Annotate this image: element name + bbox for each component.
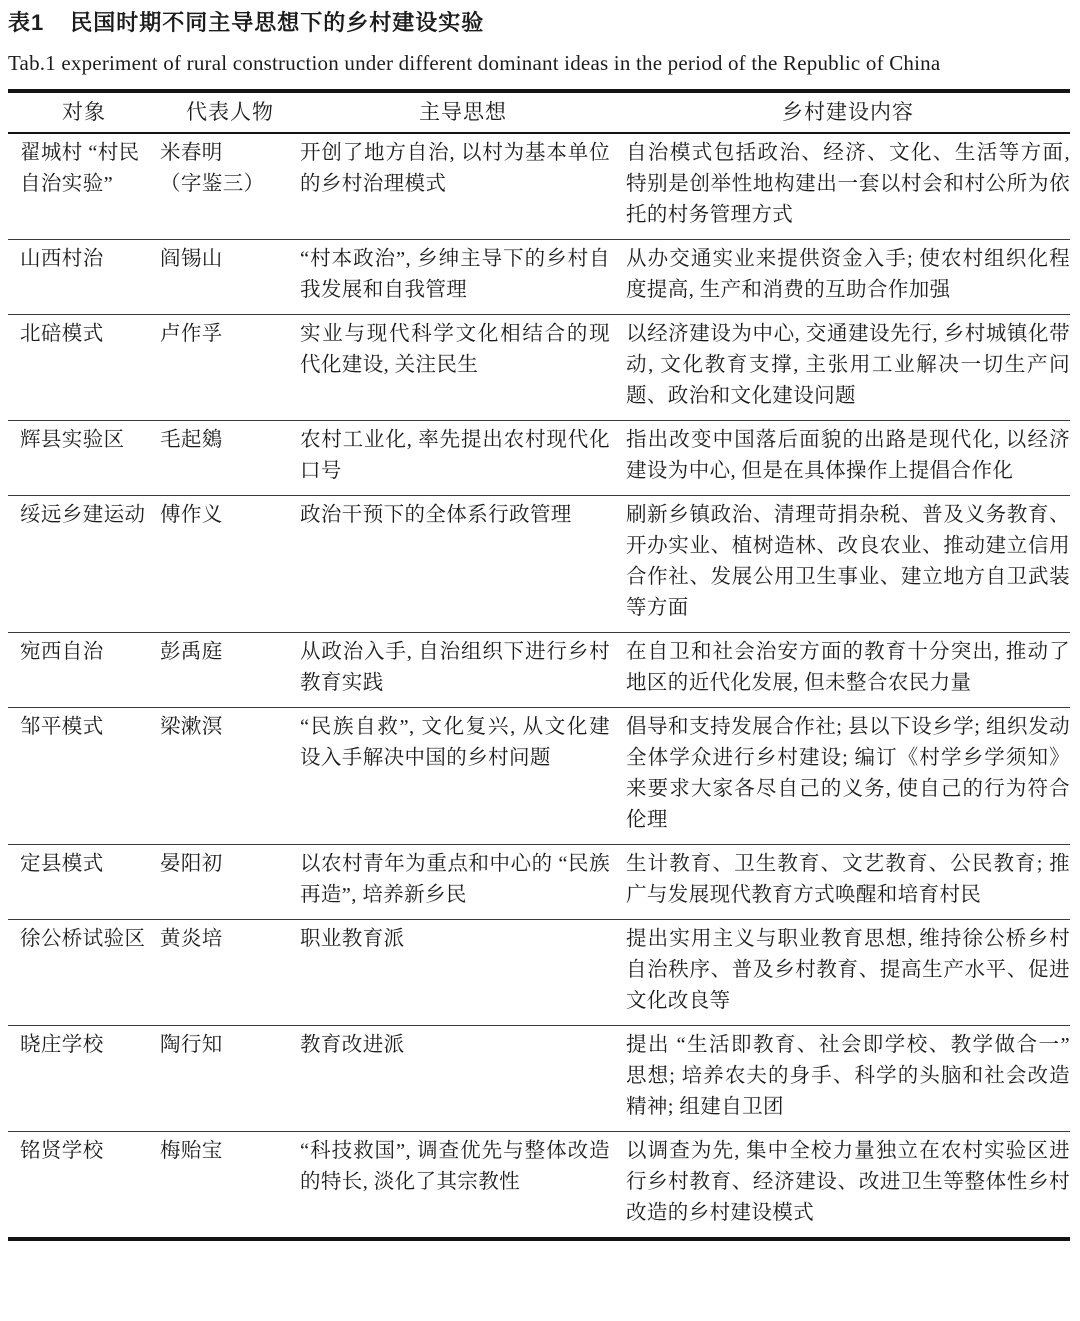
figure-name: 阎锡山 — [160, 248, 223, 270]
cell-content: 自治模式包括政治、经济、文化、生活等方面, 特别是创举性地构建出一套以村会和村公… — [626, 133, 1070, 240]
table-row: 晓庄学校 陶行知 教育改进派 提出 “生活即教育、社会即学校、教学做合一” 思想… — [8, 1026, 1070, 1132]
cell-figure: 毛起鵕 — [160, 421, 300, 496]
object-label: 宛西自治 — [20, 641, 104, 663]
cell-idea: 从政治入手, 自治组织下进行乡村教育实践 — [300, 633, 626, 708]
figure-note: （字鉴三） — [160, 169, 292, 200]
figure-name: 傅作义 — [160, 504, 223, 526]
column-header-content: 乡村建设内容 — [626, 91, 1070, 133]
table-row: 山西村治 阎锡山 “村本政治”, 乡绅主导下的乡村自我发展和自我管理 从办交通实… — [8, 240, 1070, 315]
table-caption-en: Tab.1 experiment of rural construction u… — [8, 50, 1070, 76]
cell-figure: 傅作义 — [160, 496, 300, 633]
column-header-idea: 主导思想 — [300, 91, 626, 133]
cell-content: 以调查为先, 集中全校力量独立在农村实验区进行乡村教育、经济建设、改进卫生等整体… — [626, 1132, 1070, 1240]
cell-figure: 梅贻宝 — [160, 1132, 300, 1240]
cell-object: 绥远乡建运动 — [8, 496, 160, 633]
object-label: 定县模式 — [20, 853, 104, 875]
cell-object: 辉县实验区 — [8, 421, 160, 496]
cell-content: 指出改变中国落后面貌的出路是现代化, 以经济建设为中心, 但是在具体操作上提倡合… — [626, 421, 1070, 496]
table-row: 徐公桥试验区 黄炎培 职业教育派 提出实用主义与职业教育思想, 维持徐公桥乡村自… — [8, 920, 1070, 1026]
experiments-table: 对象 代表人物 主导思想 乡村建设内容 翟城村 “村民自治实验” 米春明（字鉴三… — [8, 89, 1070, 1241]
table-label: 表1 — [8, 10, 44, 35]
column-header-figure: 代表人物 — [160, 91, 300, 133]
object-label: 辉县实验区 — [20, 429, 125, 451]
cell-idea: “村本政治”, 乡绅主导下的乡村自我发展和自我管理 — [300, 240, 626, 315]
cell-content: 倡导和支持发展合作社; 县以下设乡学; 组织发动全体学众进行乡村建设; 编订《村… — [626, 708, 1070, 845]
cell-object: 翟城村 “村民自治实验” — [8, 133, 160, 240]
table-caption-cn: 表1民国时期不同主导思想下的乡村建设实验 — [8, 8, 1070, 38]
figure-name: 陶行知 — [160, 1034, 223, 1056]
cell-figure: 晏阳初 — [160, 845, 300, 920]
object-label: 邹平模式 — [20, 716, 104, 738]
figure-name: 梅贻宝 — [160, 1140, 223, 1162]
cell-idea: 教育改进派 — [300, 1026, 626, 1132]
table-row: 北碚模式 卢作孚 实业与现代科学文化相结合的现代化建设, 关注民生 以经济建设为… — [8, 315, 1070, 421]
cell-object: 邹平模式 — [8, 708, 160, 845]
figure-name: 彭禹庭 — [160, 641, 223, 663]
cell-idea: “科技救国”, 调查优先与整体改造的特长, 淡化了其宗教性 — [300, 1132, 626, 1240]
object-label: 铭贤学校 — [20, 1140, 104, 1162]
cell-idea: “民族自救”, 文化复兴, 从文化建设入手解决中国的乡村问题 — [300, 708, 626, 845]
table-header-row: 对象 代表人物 主导思想 乡村建设内容 — [8, 91, 1070, 133]
object-label: 徐公桥试验区 — [20, 928, 145, 950]
figure-name: 毛起鵕 — [160, 429, 223, 451]
cell-object: 铭贤学校 — [8, 1132, 160, 1240]
cell-content: 以经济建设为中心, 交通建设先行, 乡村城镇化带动, 文化教育支撑, 主张用工业… — [626, 315, 1070, 421]
object-label: 翟城村 “村民自治实验” — [20, 142, 140, 195]
cell-figure: 彭禹庭 — [160, 633, 300, 708]
cell-object: 晓庄学校 — [8, 1026, 160, 1132]
table-row: 定县模式 晏阳初 以农村青年为重点和中心的 “民族再造”, 培养新乡民 生计教育… — [8, 845, 1070, 920]
paper-table-page: 表1民国时期不同主导思想下的乡村建设实验 Tab.1 experiment of… — [0, 0, 1080, 1321]
cell-idea: 开创了地方自治, 以村为基本单位的乡村治理模式 — [300, 133, 626, 240]
cell-idea: 农村工业化, 率先提出农村现代化口号 — [300, 421, 626, 496]
figure-name: 梁漱溟 — [160, 716, 223, 738]
cell-object: 徐公桥试验区 — [8, 920, 160, 1026]
cell-figure: 梁漱溟 — [160, 708, 300, 845]
object-label: 绥远乡建运动 — [20, 504, 145, 526]
cell-content: 在自卫和社会治安方面的教育十分突出, 推动了地区的近代化发展, 但未整合农民力量 — [626, 633, 1070, 708]
table-title-cn: 民国时期不同主导思想下的乡村建设实验 — [70, 10, 484, 35]
cell-figure: 黄炎培 — [160, 920, 300, 1026]
cell-content: 刷新乡镇政治、清理苛捐杂税、普及义务教育、开办实业、植树造林、改良农业、推动建立… — [626, 496, 1070, 633]
cell-content: 提出实用主义与职业教育思想, 维持徐公桥乡村自治秩序、普及乡村教育、提高生产水平… — [626, 920, 1070, 1026]
table-row: 铭贤学校 梅贻宝 “科技救国”, 调查优先与整体改造的特长, 淡化了其宗教性 以… — [8, 1132, 1070, 1240]
table-row: 宛西自治 彭禹庭 从政治入手, 自治组织下进行乡村教育实践 在自卫和社会治安方面… — [8, 633, 1070, 708]
table-row: 辉县实验区 毛起鵕 农村工业化, 率先提出农村现代化口号 指出改变中国落后面貌的… — [8, 421, 1070, 496]
cell-object: 北碚模式 — [8, 315, 160, 421]
cell-idea: 政治干预下的全体系行政管理 — [300, 496, 626, 633]
object-label: 山西村治 — [20, 248, 104, 270]
figure-name: 晏阳初 — [160, 853, 223, 875]
cell-idea: 实业与现代科学文化相结合的现代化建设, 关注民生 — [300, 315, 626, 421]
cell-idea: 以农村青年为重点和中心的 “民族再造”, 培养新乡民 — [300, 845, 626, 920]
table-row: 绥远乡建运动 傅作义 政治干预下的全体系行政管理 刷新乡镇政治、清理苛捐杂税、普… — [8, 496, 1070, 633]
figure-name: 黄炎培 — [160, 928, 223, 950]
table-body: 翟城村 “村民自治实验” 米春明（字鉴三） 开创了地方自治, 以村为基本单位的乡… — [8, 133, 1070, 1239]
figure-name: 卢作孚 — [160, 323, 223, 345]
cell-figure: 米春明（字鉴三） — [160, 133, 300, 240]
cell-figure: 阎锡山 — [160, 240, 300, 315]
cell-content: 提出 “生活即教育、社会即学校、教学做合一” 思想; 培养农夫的身手、科学的头脑… — [626, 1026, 1070, 1132]
column-header-object: 对象 — [8, 91, 160, 133]
figure-name: 米春明 — [160, 142, 223, 164]
cell-figure: 卢作孚 — [160, 315, 300, 421]
object-label: 晓庄学校 — [20, 1034, 104, 1056]
table-row: 翟城村 “村民自治实验” 米春明（字鉴三） 开创了地方自治, 以村为基本单位的乡… — [8, 133, 1070, 240]
cell-object: 山西村治 — [8, 240, 160, 315]
table-row: 邹平模式 梁漱溟 “民族自救”, 文化复兴, 从文化建设入手解决中国的乡村问题 … — [8, 708, 1070, 845]
object-label: 北碚模式 — [20, 323, 104, 345]
cell-content: 生计教育、卫生教育、文艺教育、公民教育; 推广与发展现代教育方式唤醒和培育村民 — [626, 845, 1070, 920]
cell-idea: 职业教育派 — [300, 920, 626, 1026]
cell-figure: 陶行知 — [160, 1026, 300, 1132]
cell-object: 定县模式 — [8, 845, 160, 920]
cell-content: 从办交通实业来提供资金入手; 使农村组织化程度提高, 生产和消费的互助合作加强 — [626, 240, 1070, 315]
cell-object: 宛西自治 — [8, 633, 160, 708]
